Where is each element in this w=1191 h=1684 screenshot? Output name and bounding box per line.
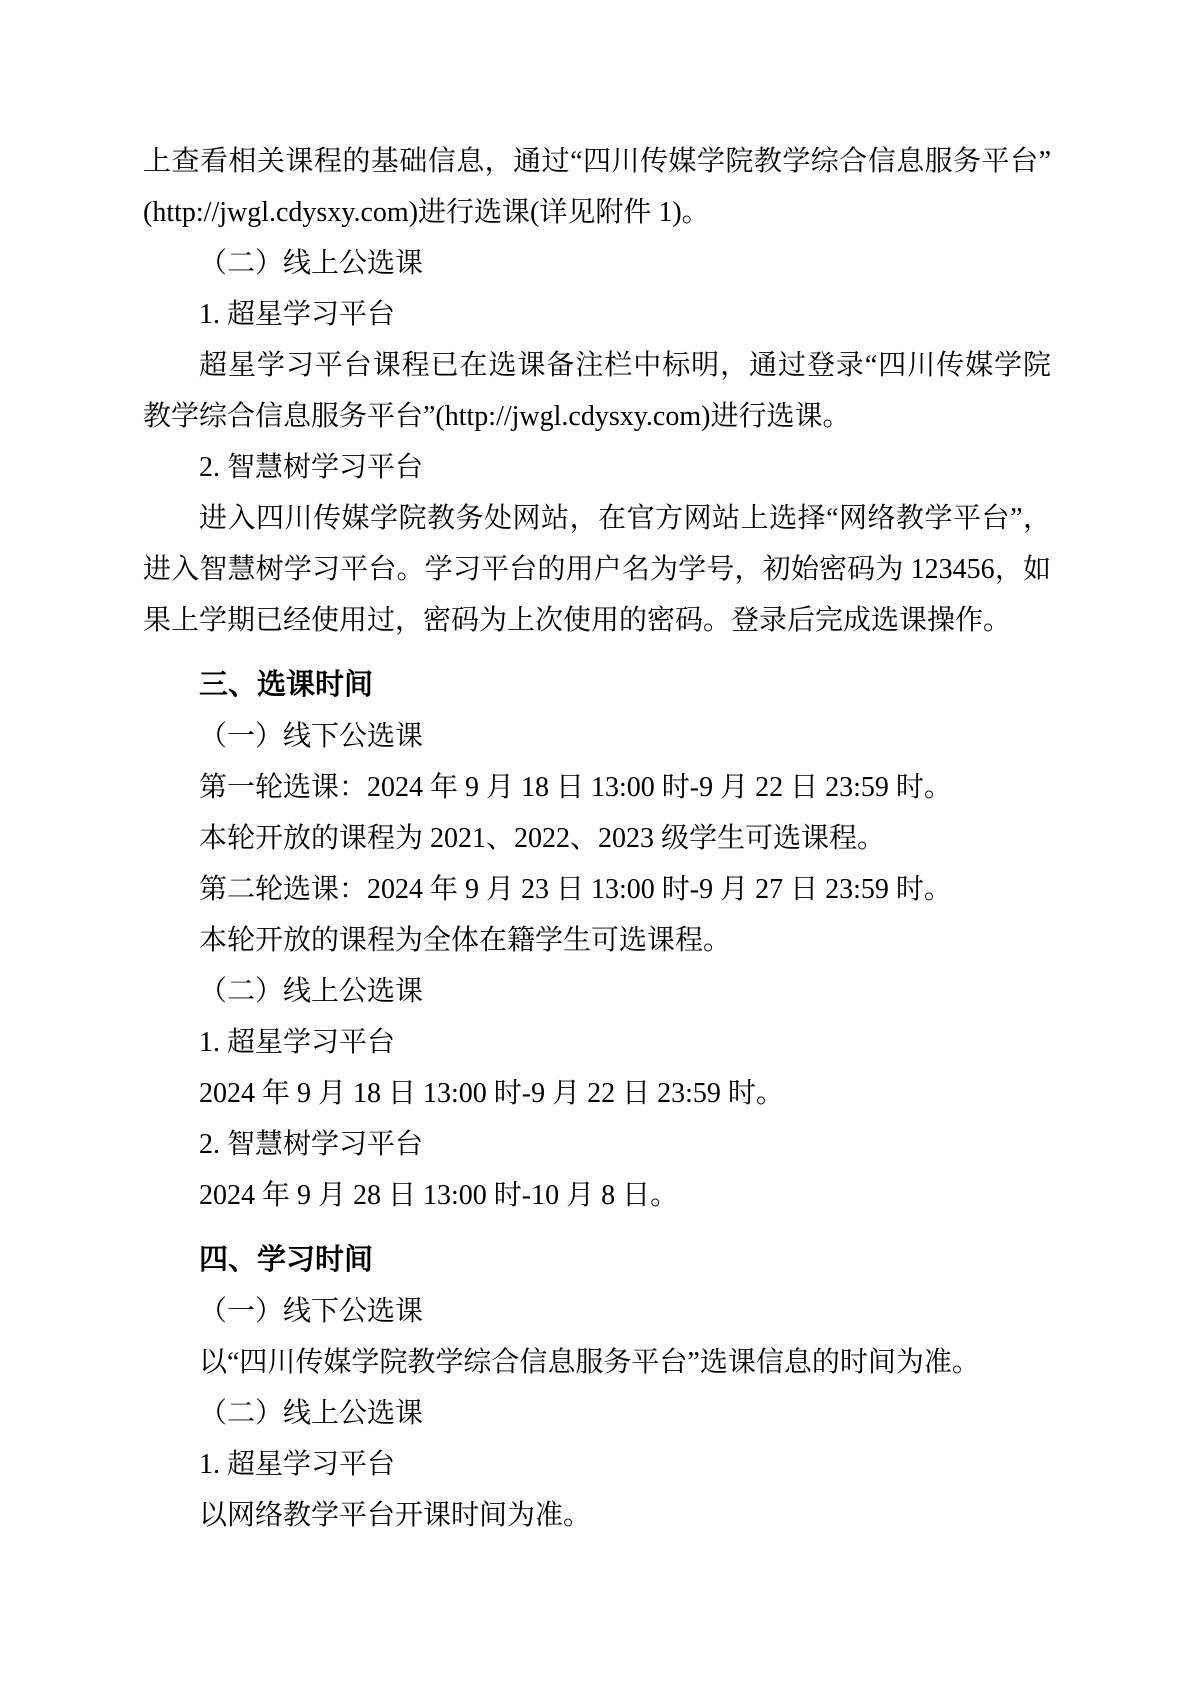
document-line: （一）线下公选课 (143, 711, 1051, 762)
document-line: 2024 年 9 月 28 日 13:00 时-10 月 8 日。 (143, 1170, 1051, 1221)
document-line: （二）线上公选课 (143, 1388, 1051, 1439)
document-line: 第二轮选课：2024 年 9 月 23 日 13:00 时-9 月 27 日 2… (143, 864, 1051, 915)
document-line: 1. 超星学习平台 (143, 289, 1051, 340)
document-line: 以“四川传媒学院教学综合信息服务平台”选课信息的时间为准。 (143, 1337, 1051, 1388)
document-line: 果上学期已经使用过，密码为上次使用的密码。登录后完成选课操作。 (143, 595, 1051, 646)
document-line: 2024 年 9 月 18 日 13:00 时-9 月 22 日 23:59 时… (143, 1068, 1051, 1119)
document-line: 1. 超星学习平台 (143, 1017, 1051, 1068)
document-line: 上查看相关课程的基础信息，通过“四川传媒学院教学综合信息服务平台” (143, 136, 1051, 187)
document-line: 1. 超星学习平台 (143, 1439, 1051, 1490)
document-line: （二）线上公选课 (143, 238, 1051, 289)
document-line: 以网络教学平台开课时间为准。 (143, 1490, 1051, 1541)
document-line: 第一轮选课：2024 年 9 月 18 日 13:00 时-9 月 22 日 2… (143, 762, 1051, 813)
document-line: 教学综合信息服务平台”(http://jwgl.cdysxy.com)进行选课。 (143, 391, 1051, 442)
document-line: 超星学习平台课程已在选课备注栏中标明，通过登录“四川传媒学院 (143, 340, 1051, 391)
document-line: 进入智慧树学习平台。学习平台的用户名为学号，初始密码为 123456，如 (143, 544, 1051, 595)
document-page: 上查看相关课程的基础信息，通过“四川传媒学院教学综合信息服务平台”(http:/… (0, 0, 1191, 1684)
document-line: 本轮开放的课程为全体在籍学生可选课程。 (143, 915, 1051, 966)
document-line: 进入四川传媒学院教务处网站，在官方网站上选择“网络教学平台”， (143, 493, 1051, 544)
document-line: （二）线上公选课 (143, 966, 1051, 1017)
document-line: （一）线下公选课 (143, 1286, 1051, 1337)
document-line: 2. 智慧树学习平台 (143, 442, 1051, 493)
document-line: 2. 智慧树学习平台 (143, 1119, 1051, 1170)
section-heading: 四、学习时间 (143, 1235, 1051, 1286)
document-line: (http://jwgl.cdysxy.com)进行选课(详见附件 1)。 (143, 187, 1051, 238)
section-heading: 三、选课时间 (143, 660, 1051, 711)
document-lines: 上查看相关课程的基础信息，通过“四川传媒学院教学综合信息服务平台”(http:/… (143, 136, 1051, 1541)
document-line: 本轮开放的课程为 2021、2022、2023 级学生可选课程。 (143, 813, 1051, 864)
